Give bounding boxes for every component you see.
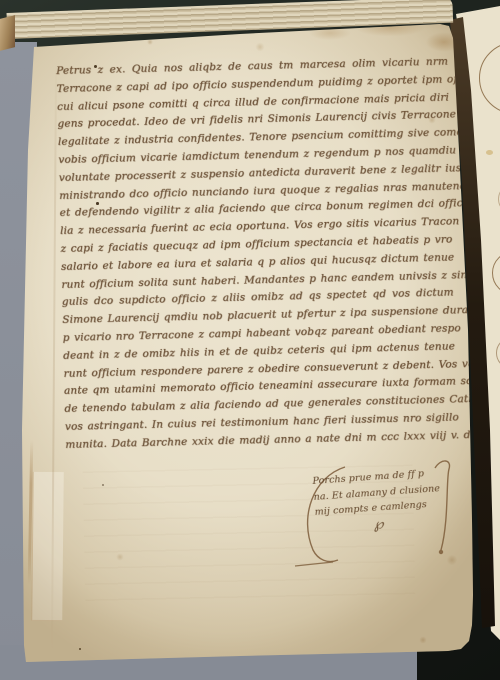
manuscript-line: na. Et alamany d clusione — [313, 479, 464, 505]
ink-dot — [102, 484, 104, 486]
manuscript-line: vobis officium vicarie iamdictum tenendu… — [58, 142, 450, 169]
manuscript-line: cui alicui psone comitti q circa illud d… — [57, 89, 449, 116]
fox-spot — [486, 150, 493, 155]
binding-edge — [0, 15, 15, 51]
manuscript-line: gulis dco supdicto officio z aliis omibz… — [62, 285, 454, 312]
circle-doodle-medium — [492, 251, 500, 295]
notary-enclosure-icon — [283, 455, 473, 580]
manuscript-line: mij compts e camlengs — [314, 494, 465, 520]
manuscript-line: runt officium respondere parere z obedir… — [63, 356, 455, 383]
manuscript-line: munita. Data Barchne xxix die madij anno… — [65, 427, 457, 454]
manuscript-line: lia z necessaria fuerint ac ecia oportun… — [60, 214, 452, 241]
manuscript-line: vos astringant. In cuius rei testimonium… — [65, 409, 457, 436]
manuscript-line: runt officium solita sunt haberi. Mandan… — [61, 267, 453, 294]
manuscript-photo: Petrus z ex. Quia nos aliqbz de caus tm … — [0, 0, 500, 680]
manuscript-line: Porchs prue ma de ff p — [312, 464, 463, 490]
manuscript-line: z capi z faciatis quecuqz ad ipm officiu… — [60, 231, 452, 258]
ink-dot — [94, 65, 97, 68]
manuscript-line: et defendendo vigilitr z alia faciendo q… — [59, 196, 451, 223]
notary-paraph: ℘ — [373, 517, 384, 533]
manuscript-line: legalitate z industria confidentes. Teno… — [58, 125, 450, 152]
manuscript-text-block: Petrus z ex. Quia nos aliqbz de caus tm … — [56, 53, 457, 454]
manuscript-line: ante qm utamini memorato officio teneami… — [64, 374, 456, 401]
ink-dot — [79, 648, 81, 650]
repair-patch — [31, 472, 64, 621]
manuscript-line: p vicario nro Terracone z campi habeant … — [63, 320, 455, 347]
ink-dot — [96, 202, 99, 205]
manuscript-line: Terracone z capi ad ipo officio suspende… — [56, 71, 448, 98]
manuscript-line: salario et labore ea iura et salaria q p… — [61, 249, 453, 276]
stain-streak — [28, 440, 34, 585]
manuscript-page: Petrus z ex. Quia nos aliqbz de caus tm … — [0, 0, 500, 680]
fold-crease — [51, 60, 57, 652]
manuscript-line: Petrus z ex. Quia nos aliqbz de caus tm … — [56, 53, 448, 80]
manuscript-line: Simone Laurencij qmdiu nob placuerit ut … — [62, 303, 454, 330]
manuscript-line: de tenendo tabulam z alia faciendo ad qu… — [64, 391, 456, 418]
manuscript-line: ministrando dco officio nunciando iura q… — [59, 178, 451, 205]
signature-note: ℘ Porchs prue ma de ff pna. Et alamany d… — [312, 464, 465, 521]
manuscript-line: deant in z de omibz hiis in et de quibz … — [63, 338, 455, 365]
ink-showthrough — [83, 465, 416, 602]
manuscript-line: voluntate processerit z suspensio antedi… — [59, 160, 451, 187]
circle-doodle-large — [479, 42, 500, 114]
manuscript-line: gens procedat. Ideo de vri fidelis nri S… — [57, 107, 449, 134]
circle-doodle-small — [496, 337, 500, 369]
